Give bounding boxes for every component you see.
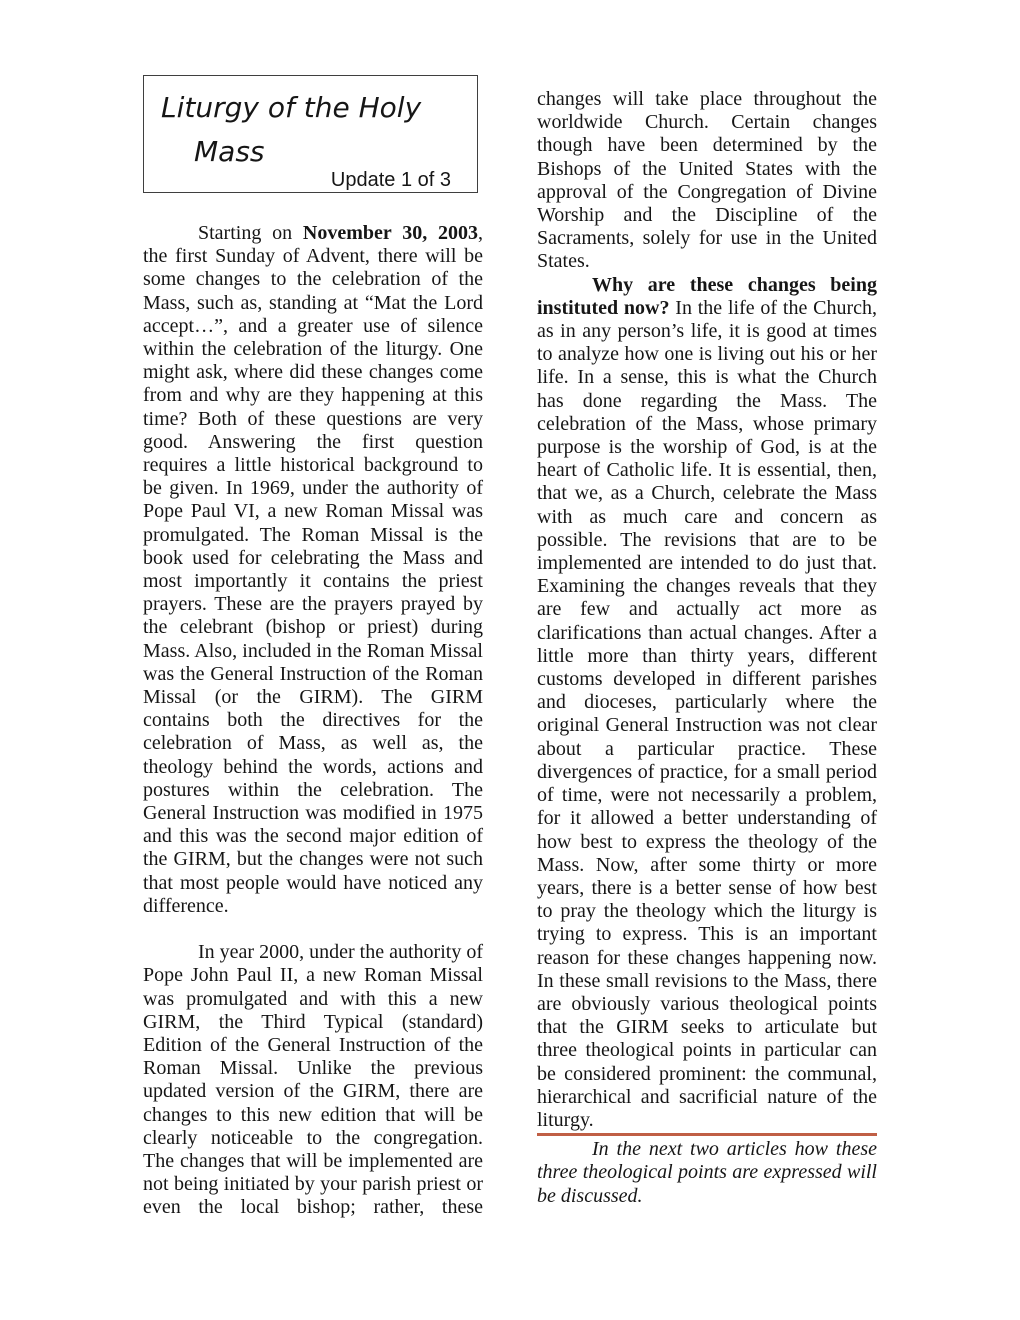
paragraph: Why are these changes being instituted n… [537,274,877,1133]
paragraph: In the next two articles how these three… [537,1138,877,1208]
text-run: In the next two articles how these three… [537,1138,877,1206]
text-run: Starting on [198,222,303,244]
paragraph: Starting on November 30, 2003, the first… [143,222,483,918]
text-run: In year 2000, under the authority of Pop… [143,941,483,1218]
paragraph: changes will take place throughout the w… [537,88,877,274]
document-title-line1: Liturgy of the Holy [144,86,477,130]
section-divider-rule [537,1133,877,1136]
text-run: changes will take place throughout the w… [537,88,877,272]
right-column: changes will take place throughout the w… [537,0,877,1220]
right-column-text: changes will take place throughout the w… [537,88,877,1208]
bold-text-run: November 30, 2003 [303,222,478,244]
text-run: In the life of the Church, as in any per… [537,297,877,1131]
left-column: Liturgy of the Holy Mass Update 1 of 3 S… [143,0,483,1220]
two-column-layout: Liturgy of the Holy Mass Update 1 of 3 S… [0,0,1020,1220]
text-run: , the first Sunday of Advent, there will… [143,222,483,917]
paragraph: In year 2000, under the authority of Pop… [143,941,483,1219]
title-box: Liturgy of the Holy Mass Update 1 of 3 [143,75,478,193]
document-page: Liturgy of the Holy Mass Update 1 of 3 S… [0,0,1020,1320]
document-title-line2: Mass [144,130,477,174]
left-column-text: Starting on November 30, 2003, the first… [143,222,483,1220]
